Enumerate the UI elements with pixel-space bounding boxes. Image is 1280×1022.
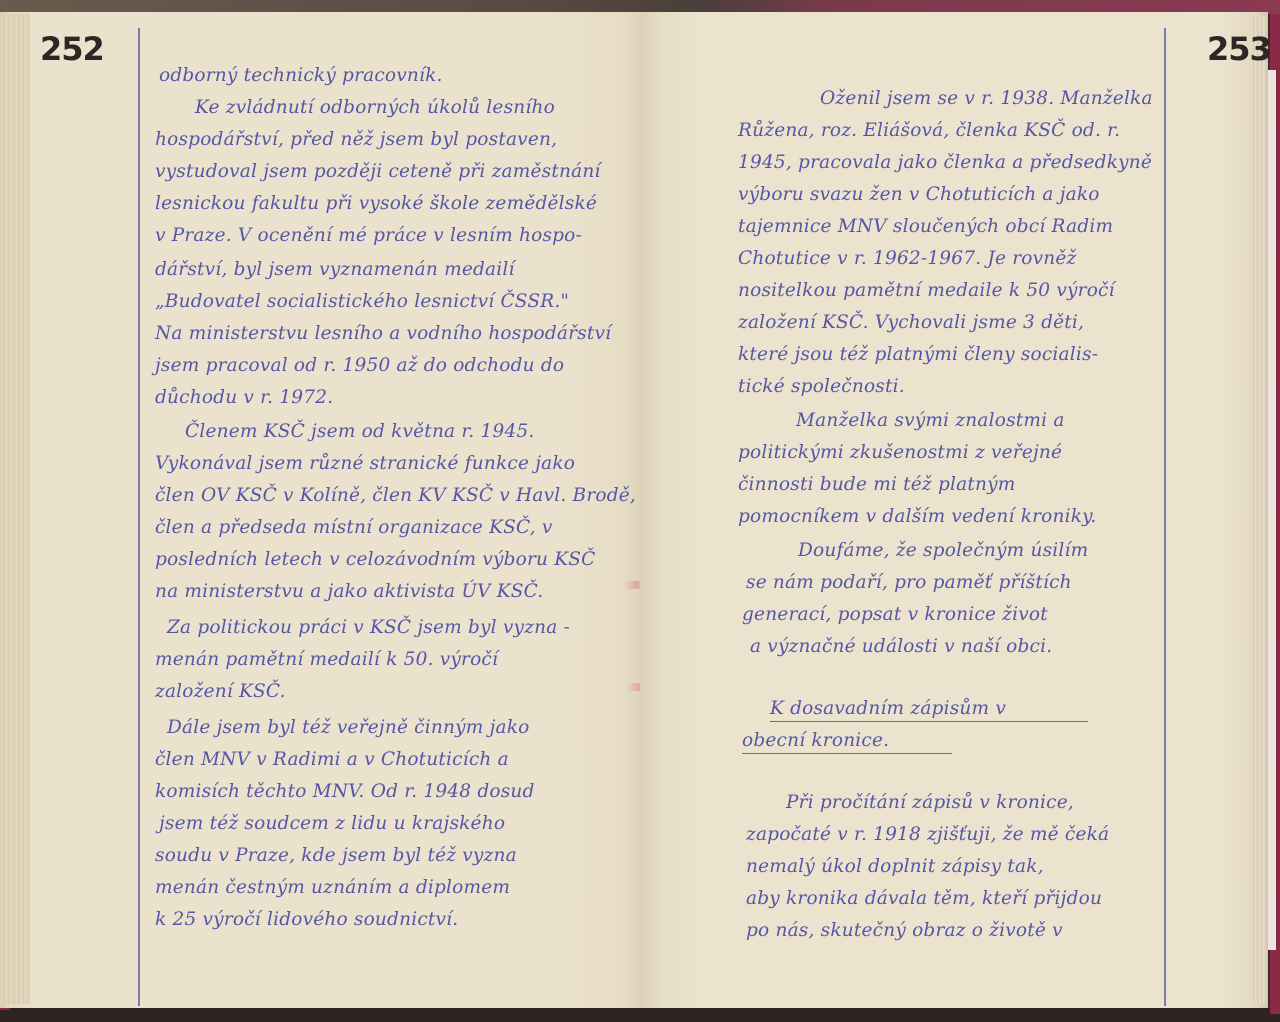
book-cover-inner-edge — [1268, 70, 1276, 950]
book-cover-bottom — [0, 1008, 1280, 1022]
text-line: a význačné události v naší obci. — [750, 636, 1052, 657]
text-line: k 25 výročí lidového soudnictví. — [155, 909, 458, 930]
text-line: „Budovatel socialistického lesnictví ČSS… — [155, 291, 569, 312]
text-line: člen a předseda místní organizace KSČ, v — [155, 517, 553, 538]
text-line: Oženil jsem se v r. 1938. Manželka — [820, 88, 1153, 109]
text-line: Členem KSČ jsem od května r. 1945. — [185, 421, 535, 442]
text-line: menán pamětní medailí k 50. výročí — [155, 649, 498, 670]
text-line: 1945, pracovala jako členka a předsedkyn… — [738, 152, 1152, 173]
section-heading: obecní kronice. — [742, 730, 952, 754]
text-line: lesnickou fakultu při vysoké škole zeměd… — [155, 193, 597, 214]
text-line: tajemnice MNV sloučených obcí Radim — [738, 216, 1113, 237]
text-line: Dále jsem byl též veřejně činným jako — [167, 717, 529, 738]
text-line: nemalý úkol doplnit zápisy tak, — [746, 856, 1044, 877]
text-line: se nám podaří, pro paměť příštích — [746, 572, 1072, 593]
text-line: jsem též soudcem z lidu u krajského — [159, 813, 505, 834]
text-line: Na ministerstvu lesního a vodního hospod… — [155, 323, 611, 344]
text-line: založení KSČ. Vychovali jsme 3 děti, — [738, 312, 1084, 333]
text-line: dářství, byl jsem vyznamenán medailí — [155, 259, 515, 280]
text-line: Ke zvládnutí odborných úkolů lesního — [195, 97, 555, 118]
text-line: v Praze. V ocenění mé práce v lesním hos… — [155, 225, 582, 246]
text-line: důchodu v r. 1972. — [155, 387, 333, 408]
text-line: činnosti bude mi též platným — [738, 474, 1015, 495]
text-line: na ministerstvu a jako aktivista ÚV KSČ. — [155, 581, 543, 602]
text-line: po nás, skutečný obraz o životě v — [746, 920, 1063, 941]
text-line: Za politickou práci v KSČ jsem byl vyzna… — [167, 617, 570, 638]
text-line: soudu v Praze, kde jsem byl též vyzna — [155, 845, 517, 866]
text-line: posledních letech v celozávodním výboru … — [155, 549, 596, 570]
text-line: vystudoval jsem později ceteně při zaměs… — [155, 161, 601, 182]
text-line: člen MNV v Radimi a v Chotuticích a — [155, 749, 509, 770]
text-line: Při pročítání zápisů v kronice, — [786, 792, 1074, 813]
text-line: založení KSČ. — [155, 681, 286, 702]
text-line: hospodářství, před něž jsem byl postaven… — [155, 129, 557, 150]
text-line: jsem pracoval od r. 1950 až do odchodu d… — [155, 355, 564, 376]
text-line: Manželka svými znalostmi a — [796, 410, 1065, 431]
text-line: započaté v r. 1918 zjišťuji, že mě čeká — [746, 824, 1109, 845]
text-line: tické společnosti. — [738, 376, 905, 397]
text-line: které jsou též platnými členy socialis- — [738, 344, 1098, 365]
right-page-text: Oženil jsem se v r. 1938. Manželka Růžen… — [720, 88, 1160, 948]
text-line: odborný technický pracovník. — [159, 65, 443, 86]
page-stack-edges-left — [0, 14, 30, 1004]
text-line: Doufáme, že společným úsilím — [798, 540, 1088, 561]
page-stack-edges-right — [1252, 16, 1266, 1004]
left-page-text: odborný technický pracovník. Ke zvládnut… — [155, 65, 635, 945]
text-line: Vykonával jsem různé stranické funkce ja… — [155, 453, 575, 474]
text-line: člen OV KSČ v Kolíně, člen KV KSČ v Havl… — [155, 485, 636, 506]
text-line: Růžena, roz. Eliášová, členka KSČ od. r. — [738, 120, 1120, 141]
right-margin-rule — [1164, 28, 1166, 1006]
text-line: menán čestným uznáním a diplomem — [155, 877, 510, 898]
text-line: politickými zkušenostmi z veřejné — [738, 442, 1062, 463]
text-line: aby kronika dávala těm, kteří přijdou — [746, 888, 1102, 909]
text-line: generací, popsat v kronice život — [742, 604, 1048, 625]
text-line: komisích těchto MNV. Od r. 1948 dosud — [155, 781, 535, 802]
text-line: Chotutice v r. 1962-1967. Je rovněž — [738, 248, 1076, 269]
page-number-right: 253 — [1207, 30, 1271, 68]
text-line: výboru svazu žen v Chotuticích a jako — [738, 184, 1100, 205]
section-heading: K dosavadním zápisům v — [770, 698, 1088, 722]
text-line: pomocníkem v dalším vedení kroniky. — [738, 506, 1096, 527]
left-margin-rule — [138, 28, 140, 1006]
page-number-left: 252 — [40, 30, 104, 68]
text-line: nositelkou pamětní medaile k 50 výročí — [738, 280, 1115, 301]
